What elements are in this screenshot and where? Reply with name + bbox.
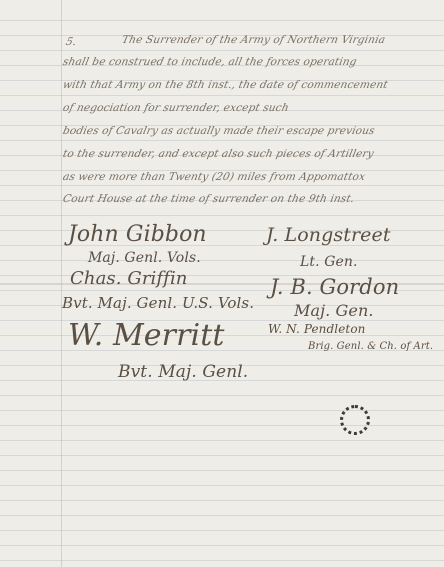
item-number: 5. <box>65 36 78 48</box>
body-line-1: The Surrender of the Army of Northern Vi… <box>121 34 387 46</box>
signature-gibbon: John Gibbon <box>68 222 207 247</box>
signature-gordon: J. B. Gordon <box>270 275 399 299</box>
signature-griffin: Chas. Griffin <box>70 268 188 289</box>
title-gordon: Maj. Gen. <box>294 301 374 320</box>
signature-pendleton: W. N. Pendleton <box>268 322 366 336</box>
body-line-4: of negociation for surrender, except suc… <box>62 102 290 114</box>
title-gibbon: Maj. Genl. Vols. <box>88 250 201 266</box>
signature-longstreet: J. Longstreet <box>266 224 391 246</box>
title-longstreet: Lt. Gen. <box>300 254 358 270</box>
title-merritt: Bvt. Maj. Genl. <box>118 362 248 382</box>
body-line-3: with that Army on the 8th inst., the dat… <box>62 79 389 91</box>
body-line-2: shall be construed to include, all the f… <box>62 56 358 68</box>
body-line-8: Court House at the time of surrender on … <box>62 193 356 205</box>
signature-merritt: W. Merritt <box>68 318 225 353</box>
body-line-6: to the surrender, and except also such p… <box>62 148 375 160</box>
archival-stamp-icon <box>340 405 370 435</box>
body-line-5: bodies of Cavalry as actually made their… <box>62 125 376 137</box>
title-pendleton: Brig. Genl. & Ch. of Art. <box>308 341 433 352</box>
title-griffin: Bvt. Maj. Genl. U.S. Vols. <box>62 294 254 312</box>
document-page: 5. The Surrender of the Army of Northern… <box>0 0 444 567</box>
body-line-7: as were more than Twenty (20) miles from… <box>62 171 367 183</box>
